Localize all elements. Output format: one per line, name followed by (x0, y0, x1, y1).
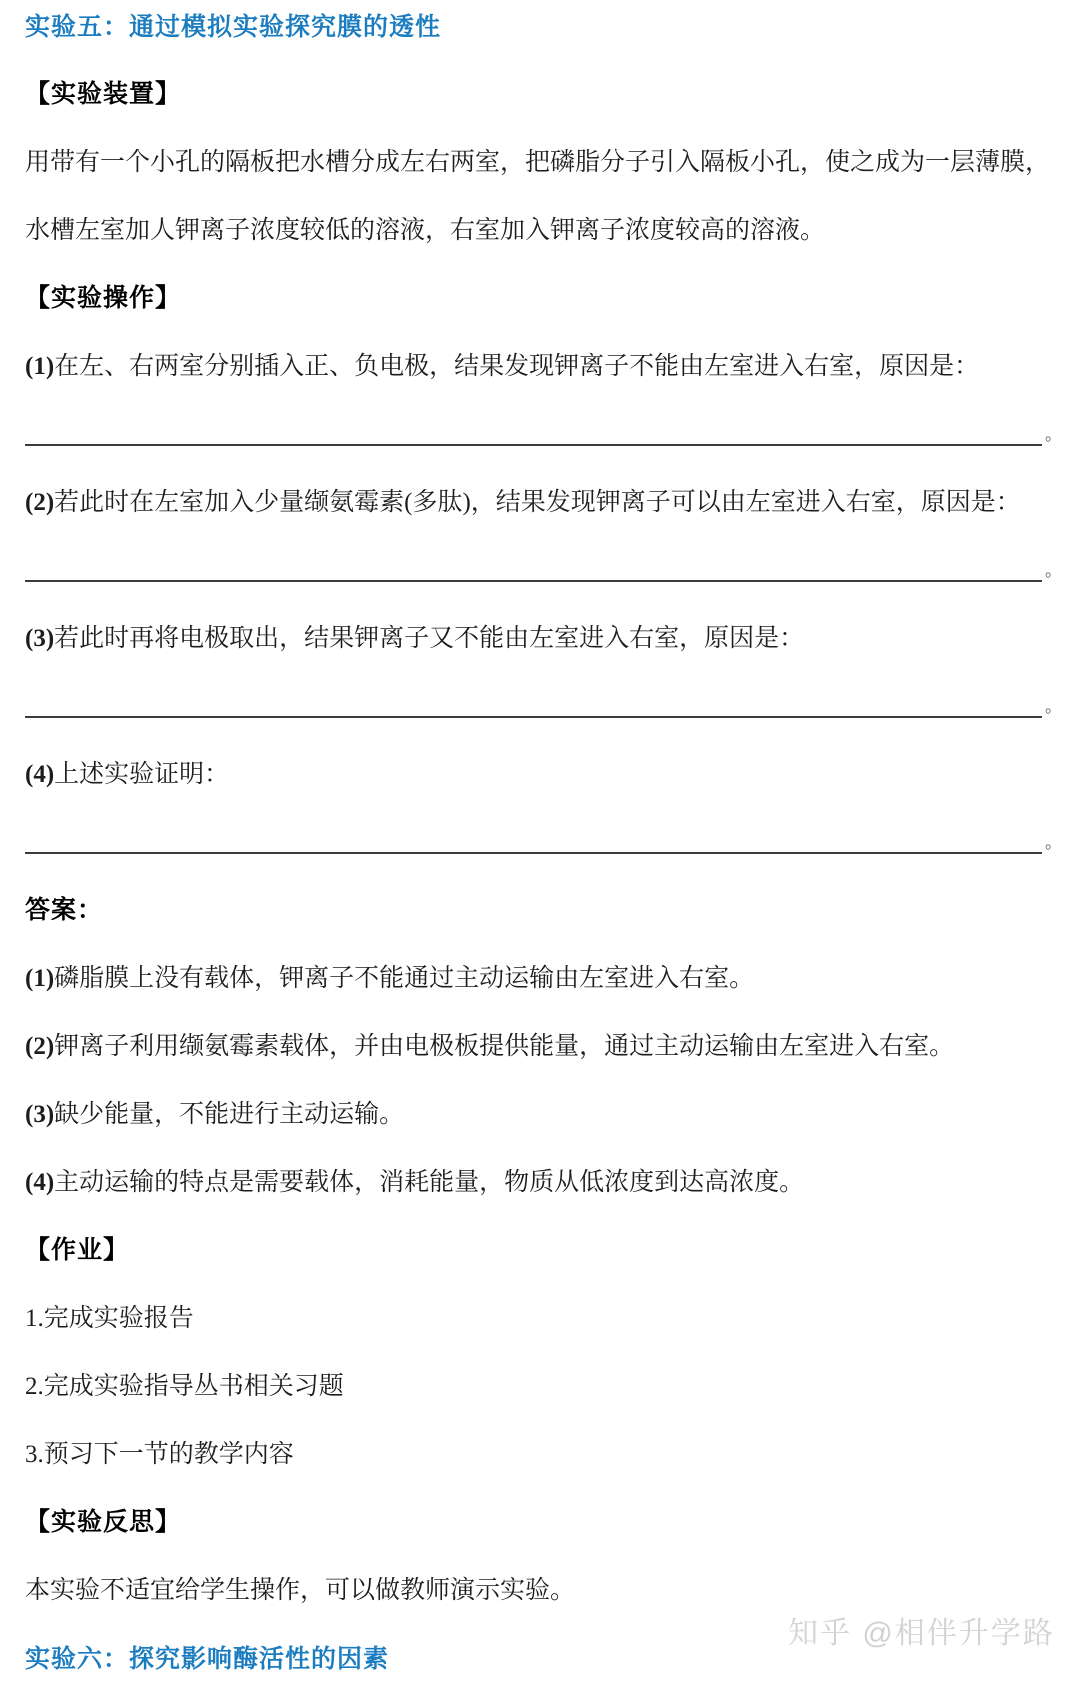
zhihu-watermark: 知乎 @相伴升学路 (788, 1616, 1055, 1652)
fullstop-mark: 。 (1045, 834, 1062, 851)
answer-item-1-text: 磷脂膜上没有载体，钾离子不能通过主动运输由左室进入右室。 (54, 965, 754, 992)
answer-item-2-text: 钾离子利用缬氨霉素载体，并由电极板提供能量，通过主动运输由左室进入右室。 (54, 1033, 954, 1060)
operation-item-3-text: 若此时再将电极取出，结果钾离子又不能由左室进入右室，原因是： (54, 625, 804, 652)
answer-item-1-number: (1) (25, 965, 54, 992)
homework-item-3: 3.预习下一节的教学内容 (25, 1438, 1062, 1472)
operation-section-header: 【实验操作】 (25, 282, 1062, 316)
apparatus-section-header: 【实验装置】 (25, 78, 1062, 112)
answer-item-3: (3)缺少能量，不能进行主动运输。 (25, 1098, 1062, 1132)
operation-item-1-text: 在左、右两室分别插入正、负电极，结果发现钾离子不能由左室进入右室，原因是： (54, 353, 979, 380)
answer-item-2-number: (2) (25, 1033, 54, 1060)
homework-item-2: 2.完成实验指导丛书相关习题 (25, 1370, 1062, 1404)
homework-section-header: 【作业】 (25, 1234, 1062, 1268)
answer-item-4: (4)主动运输的特点是需要载体，消耗能量，物质从低浓度到达高浓度。 (25, 1166, 1062, 1200)
answer-blank-line-3: 。 (25, 690, 1062, 718)
answer-blank-line-4: 。 (25, 826, 1062, 854)
answer-item-3-text: 缺少能量，不能进行主动运输。 (54, 1101, 404, 1128)
answer-item-4-text: 主动运输的特点是需要载体，消耗能量，物质从低浓度到达高浓度。 (54, 1169, 804, 1196)
answer-blank-line-2: 。 (25, 554, 1062, 582)
answer-item-1: (1)磷脂膜上没有载体，钾离子不能通过主动运输由左室进入右室。 (25, 962, 1062, 996)
operation-item-3-number: (3) (25, 625, 54, 652)
apparatus-paragraph-line-2: 水槽左室加人钾离子浓度较低的溶液，右室加入钾离子浓度较高的溶液。 (25, 214, 1062, 248)
operation-item-2: (2)若此时在左室加入少量缬氨霉素(多肽)，结果发现钾离子可以由左室进入右室，原… (25, 486, 1062, 520)
operation-item-2-text: 若此时在左室加入少量缬氨霉素(多肽)，结果发现钾离子可以由左室进入右室，原因是： (54, 489, 1021, 516)
blank-underline (25, 852, 1042, 854)
blank-underline (25, 716, 1042, 718)
operation-item-1-number: (1) (25, 353, 54, 380)
operation-item-2-number: (2) (25, 489, 54, 516)
answer-item-4-number: (4) (25, 1169, 54, 1196)
reflection-text: 本实验不适宜给学生操作，可以做教师演示实验。 (25, 1574, 1062, 1608)
experiment-5-title: 实验五：通过模拟实验探究膜的透性 (25, 10, 1062, 44)
blank-underline (25, 580, 1042, 582)
reflection-section-header: 【实验反思】 (25, 1506, 1062, 1540)
operation-item-4-number: (4) (25, 761, 54, 788)
operation-item-4-text: 上述实验证明： (54, 761, 229, 788)
blank-underline (25, 444, 1042, 446)
homework-item-1: 1.完成实验报告 (25, 1302, 1062, 1336)
fullstop-mark: 。 (1045, 562, 1062, 579)
operation-item-3: (3)若此时再将电极取出，结果钾离子又不能由左室进入右室，原因是： (25, 622, 1062, 656)
fullstop-mark: 。 (1045, 698, 1062, 715)
operation-item-1: (1)在左、右两室分别插入正、负电极，结果发现钾离子不能由左室进入右室，原因是： (25, 350, 1062, 384)
fullstop-mark: 。 (1045, 426, 1062, 443)
operation-item-4: (4)上述实验证明： (25, 758, 1062, 792)
answers-section-header: 答案： (25, 894, 1062, 928)
answer-item-2: (2)钾离子利用缬氨霉素载体，并由电极板提供能量，通过主动运输由左室进入右室。 (25, 1030, 1062, 1064)
answer-item-3-number: (3) (25, 1101, 54, 1128)
answer-blank-line-1: 。 (25, 418, 1062, 446)
document-page: 实验五：通过模拟实验探究膜的透性 【实验装置】 用带有一个小孔的隔板把水槽分成左… (0, 0, 1080, 1683)
apparatus-paragraph-line-1: 用带有一个小孔的隔板把水槽分成左右两室，把磷脂分子引入隔板小孔，使之成为一层薄膜… (25, 146, 1062, 180)
